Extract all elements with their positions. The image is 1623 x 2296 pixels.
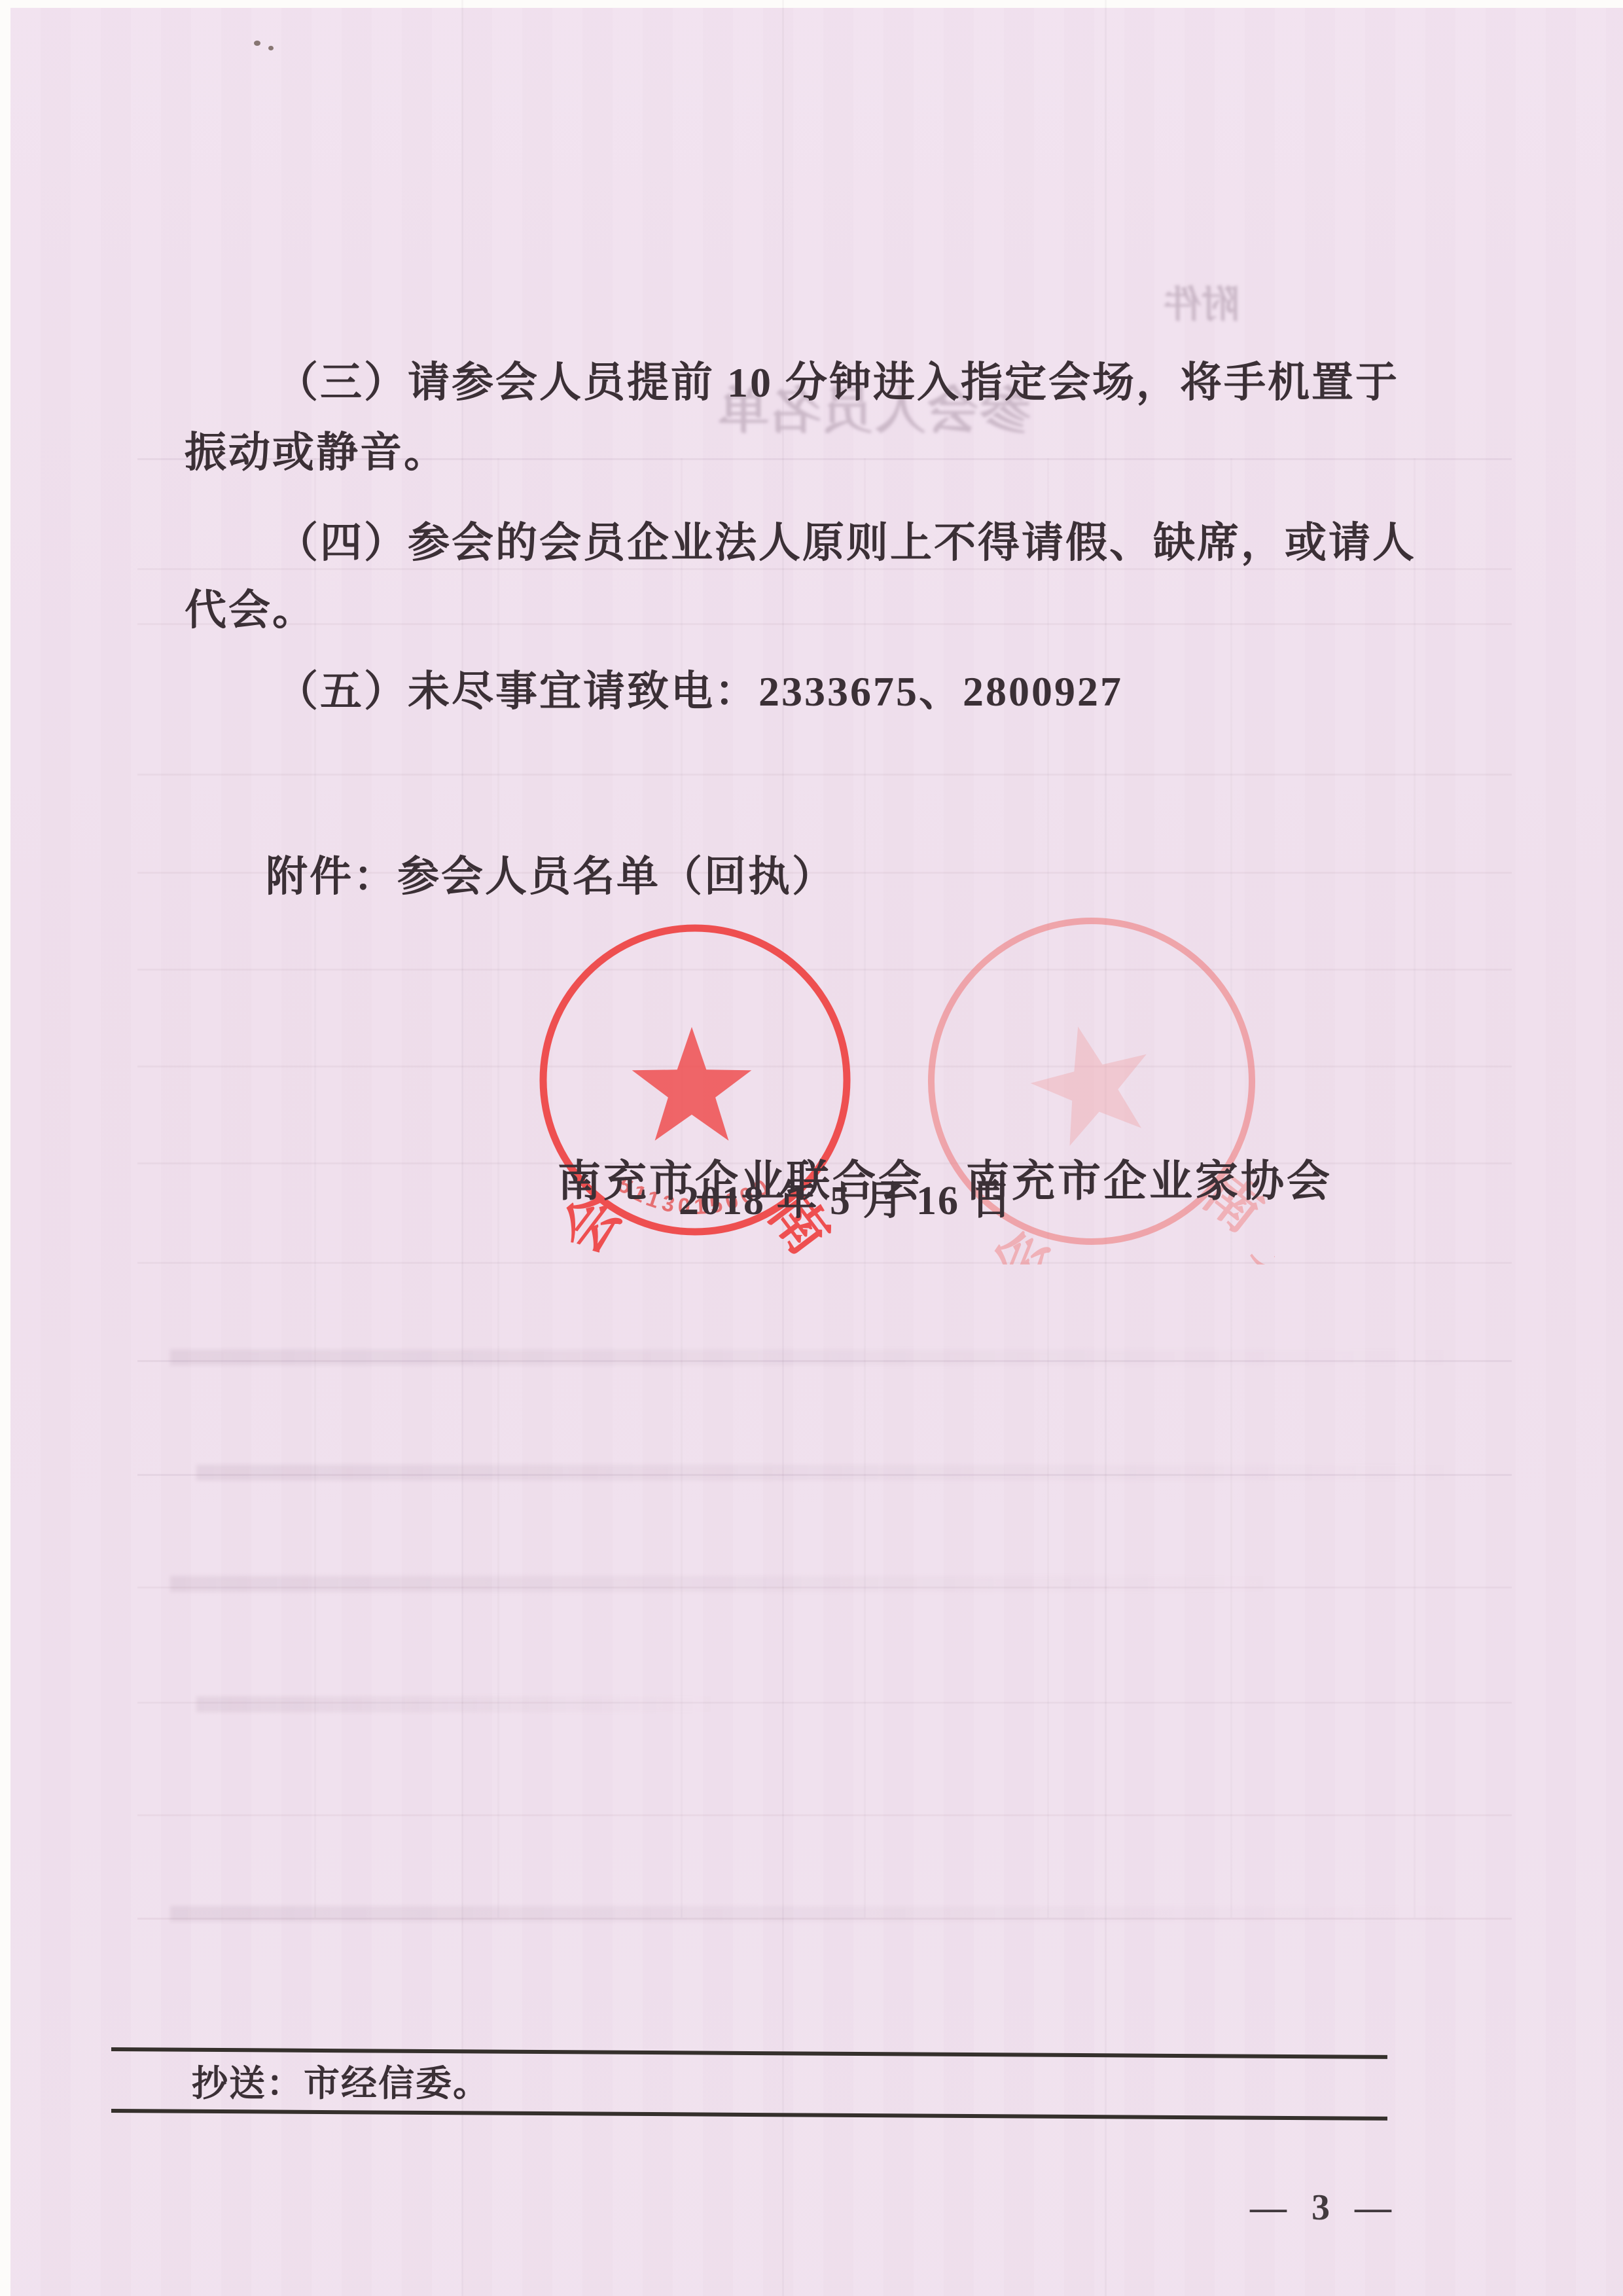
bleed-grid-line bbox=[137, 623, 1512, 625]
bleed-text-smudge bbox=[196, 1465, 1466, 1480]
paragraph-item3-line1: （三）请参会人员提前 10 分钟进入指定会场，将手机置于 bbox=[276, 357, 1399, 409]
bleed-text-smudge bbox=[170, 1576, 1283, 1592]
signature-org-right: 南充市企业家协会 bbox=[966, 1158, 1332, 1206]
bleed-text-smudge bbox=[196, 1696, 720, 1712]
paper-crease bbox=[461, 0, 463, 2296]
page-number: — 3 — bbox=[1250, 2185, 1399, 2231]
paragraph-item5: （五）未尽事宜请致电：2333675、2800927 bbox=[276, 666, 1123, 718]
scanned-document: 参会人员名单 附件 南充市企业联合会 5113015000 南充市企业家协会 bbox=[0, 0, 1623, 2296]
bleed-through-attachment-label: 附件 bbox=[1164, 274, 1240, 329]
bleed-text-smudge bbox=[170, 1906, 1466, 1922]
paragraph-item4-line2: 代会。 bbox=[185, 584, 316, 637]
paragraph-item3-line2: 振动或静音。 bbox=[185, 427, 448, 479]
paragraph-item4-line1: （四）参会的会员企业法人原则上不得请假、缺席，或请人 bbox=[276, 517, 1416, 569]
ink-speck bbox=[268, 46, 274, 50]
cc-line: 抄送：市经信委。 bbox=[192, 2062, 490, 2107]
attachment-note: 附件：参会人员名单（回执） bbox=[266, 851, 836, 903]
ink-speck bbox=[254, 41, 260, 46]
signature-date: 2018 年 5 月 16 日 bbox=[679, 1176, 1013, 1227]
bleed-grid-line bbox=[137, 1814, 1512, 1816]
bleed-text-smudge bbox=[170, 1350, 1466, 1365]
bleed-grid-column bbox=[1414, 458, 1416, 1918]
bleed-grid-line bbox=[137, 774, 1512, 776]
